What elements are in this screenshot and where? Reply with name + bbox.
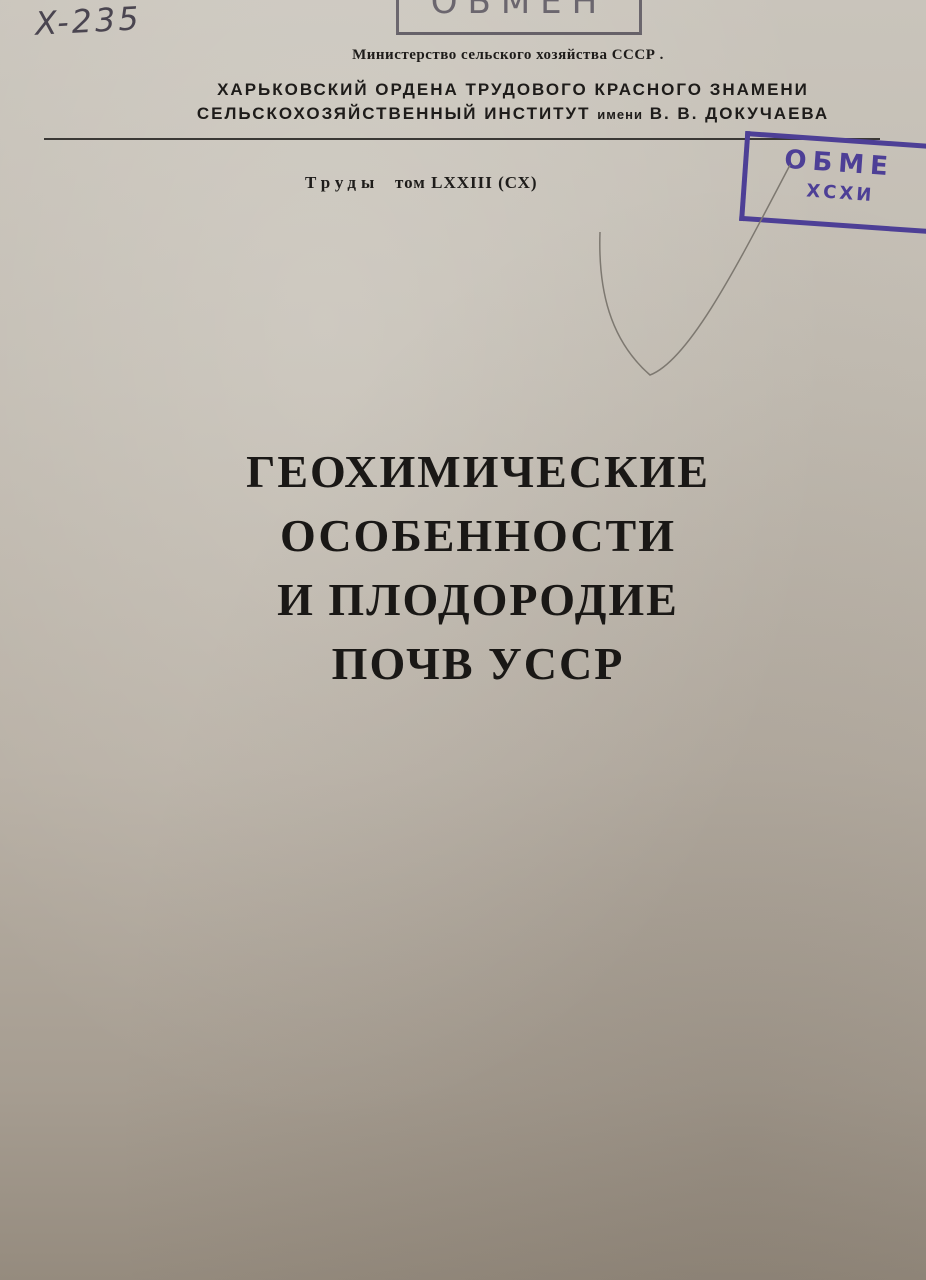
document-page: X-235 ОБМЕН Министерство сельского хозяй… xyxy=(0,0,926,1280)
title-line: ГЕОХИМИЧЕСКИЕ xyxy=(30,440,926,504)
institute-imeni: имени xyxy=(597,107,643,122)
title-line: ОСОБЕННОСТИ xyxy=(30,504,926,568)
handwritten-catalog-number: X-235 xyxy=(34,0,142,43)
exchange-stamp-right: ОБМЕ ХСХИ xyxy=(739,131,926,235)
institute-line-2: СЕЛЬСКОХОЗЯЙСТВЕННЫЙ ИНСТИТУТ имени В. В… xyxy=(0,104,926,124)
series-line: Труды том LXXIII (СХ) xyxy=(305,173,538,193)
exchange-stamp-top: ОБМЕН xyxy=(396,0,642,35)
series-label: Труды xyxy=(305,173,379,192)
series-volume: том LXXIII (СХ) xyxy=(395,173,538,192)
document-title: ГЕОХИМИЧЕСКИЕ ОСОБЕННОСТИ И ПЛОДОРОДИЕ П… xyxy=(0,440,926,696)
ministry-line: Министерство сельского хозяйства СССР . xyxy=(0,47,926,64)
title-line: И ПЛОДОРОДИЕ xyxy=(30,568,926,632)
institute-name: СЕЛЬСКОХОЗЯЙСТВЕННЫЙ ИНСТИТУТ xyxy=(197,104,591,123)
stamp-right-line-1: ОБМЕ xyxy=(783,145,894,183)
institute-dedication: В. В. ДОКУЧАЕВА xyxy=(650,104,829,123)
institute-line-1: ХАРЬКОВСКИЙ ОРДЕНА ТРУДОВОГО КРАСНОГО ЗН… xyxy=(0,80,926,100)
stamp-right-line-2: ХСХИ xyxy=(806,180,875,206)
title-line: ПОЧВ УССР xyxy=(30,632,926,696)
